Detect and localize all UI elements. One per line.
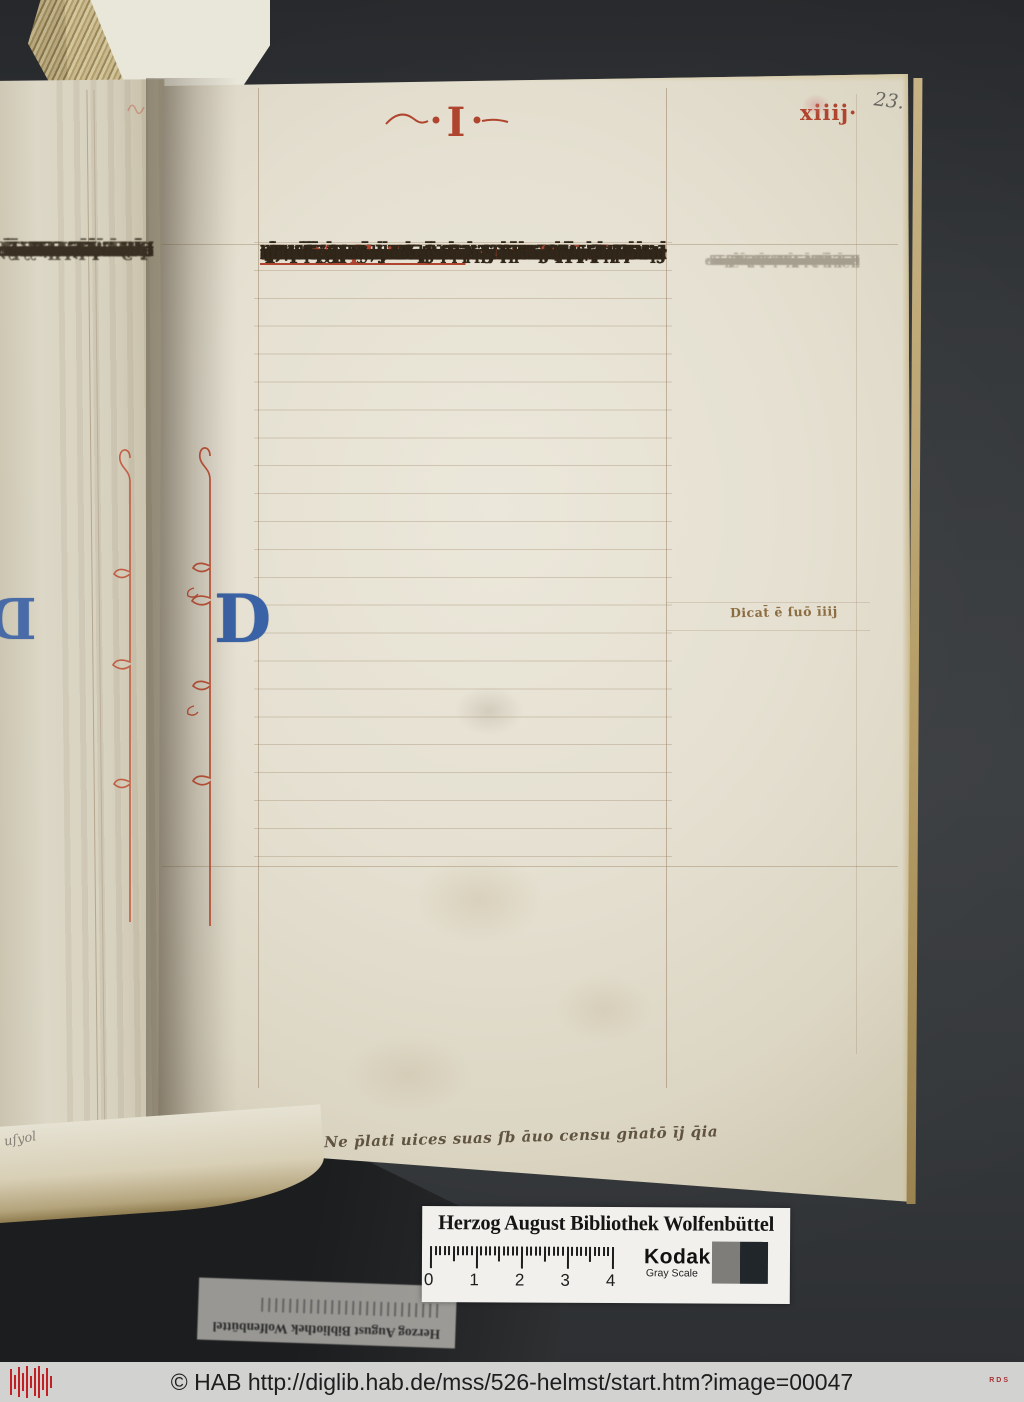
- ruling-grid: [254, 242, 672, 862]
- quire-numeral-ornament-icon: I: [380, 96, 530, 144]
- ruler-tick: [566, 1247, 568, 1269]
- ruler-tick: [589, 1247, 591, 1262]
- ruling-line: [666, 88, 667, 1088]
- library-label: Herzog August Bibliothek Wolfenbüttel 01…: [422, 1206, 790, 1304]
- showthrough-line: ſiīe q̄ plā ē: [783, 250, 860, 273]
- ruler-tick: [457, 1246, 459, 1255]
- ruler-tick: [580, 1247, 582, 1256]
- ruler-tick: [526, 1247, 528, 1256]
- ruler-number: 0: [424, 1270, 434, 1290]
- copyright-url: © HAB http://diglib.hab.de/mss/526-helms…: [0, 1362, 1024, 1402]
- ruler-tick: [521, 1247, 523, 1269]
- manuscript-page: I xiiij· 23. Sc̄m oīmodū ſ̄ ſcārecipiat̄…: [154, 74, 914, 1214]
- stain: [554, 974, 654, 1044]
- ruler-tick: [530, 1247, 532, 1256]
- ruler-tick: [585, 1247, 587, 1256]
- watermark-text: RDS: [989, 1377, 1010, 1384]
- ruler-tick: [557, 1247, 559, 1256]
- library-label-title: Herzog August Bibliothek Wolfenbüttel: [428, 1210, 785, 1237]
- ruler-tick: [607, 1247, 609, 1256]
- mirrored-initial-d: D: [0, 590, 37, 650]
- label-reflection-ruler: [258, 1298, 438, 1318]
- ruler-tick: [562, 1247, 564, 1256]
- ruler-tick: [498, 1246, 500, 1261]
- ruler-number: 2: [515, 1271, 525, 1291]
- penwork-flourish-mirrored: [106, 452, 150, 932]
- ruler-tick: [462, 1246, 464, 1255]
- black-patch: [740, 1242, 768, 1284]
- ruler-tick: [544, 1247, 546, 1262]
- label-reflection: Herzog August Bibliothek Wolfenbüttel: [197, 1278, 457, 1349]
- stain: [344, 1034, 474, 1114]
- gutter-shadow: [146, 78, 264, 1168]
- ruler-tick: [612, 1247, 614, 1269]
- ruler-tick: [576, 1247, 578, 1256]
- ruler-tick: [539, 1247, 541, 1256]
- ruler-number: 4: [606, 1271, 616, 1291]
- stain: [414, 854, 544, 944]
- ruler-tick: [594, 1247, 596, 1256]
- ruler-tick: [548, 1247, 550, 1256]
- kodak-grayscale-label: Gray Scale: [646, 1267, 698, 1279]
- ruler-tick: [494, 1246, 496, 1255]
- ruler-tick: [439, 1246, 441, 1255]
- ruler-tick: [535, 1247, 537, 1256]
- ruler-number: 3: [560, 1271, 570, 1291]
- ruler-tick: [507, 1246, 509, 1255]
- ruler-tick: [603, 1247, 605, 1256]
- gray-patch: [712, 1242, 740, 1284]
- footer-bar: © HAB http://diglib.hab.de/mss/526-helms…: [0, 1362, 1024, 1402]
- manuscript-photo: bononien̄ ⁊ſuchid̄ canonic̄ mDe mediator…: [0, 0, 1024, 1402]
- ruling-line: [162, 866, 898, 867]
- ruler-tick: [516, 1247, 518, 1256]
- ruler-tick: [485, 1246, 487, 1255]
- pink-smudge: [802, 94, 830, 116]
- red-pen-mark: [126, 98, 146, 116]
- label-reflection-title: Herzog August Bibliothek Wolfenbüttel: [197, 1317, 455, 1342]
- catchword-note: Ne p̄lati uices suas ſb āuo censu gn̄atō…: [324, 1123, 704, 1152]
- svg-text:I: I: [447, 99, 466, 146]
- ruler-tick: [444, 1246, 446, 1255]
- verso-showthrough: Sc̄m oīmodū ſ̄ ſcārecipiat̄ bn̄ſm̄ abſq̄…: [698, 250, 860, 854]
- ruler-tick: [489, 1246, 491, 1255]
- ruler-tick: [598, 1247, 600, 1256]
- ruler-tick: [571, 1247, 573, 1256]
- margin-note: Dicat̄ ē ſuō īiij: [730, 603, 880, 621]
- kodak-brand: Kodak: [644, 1245, 711, 1269]
- ruler-tick: [471, 1246, 473, 1255]
- page-number-pencil: 23.: [873, 88, 906, 114]
- page-edge: [154, 74, 914, 82]
- ruler-tick: [512, 1247, 514, 1256]
- ruler-tick: [480, 1246, 482, 1255]
- ruler-tick: [435, 1246, 437, 1255]
- ruler-tick: [553, 1247, 555, 1256]
- ruler-tick: [430, 1246, 432, 1268]
- mirrored-text-line: mittit̄ ex̄ deuel̄: [2, 236, 154, 264]
- ruler-tick: [466, 1246, 468, 1255]
- ruler-tick: [475, 1246, 477, 1268]
- ruler-number: 1: [469, 1270, 479, 1290]
- ruler-numbers: 01234: [424, 1270, 624, 1293]
- ruler-tick: [448, 1246, 450, 1255]
- ruler-tick: [503, 1246, 505, 1255]
- ruler-tick: [453, 1246, 455, 1261]
